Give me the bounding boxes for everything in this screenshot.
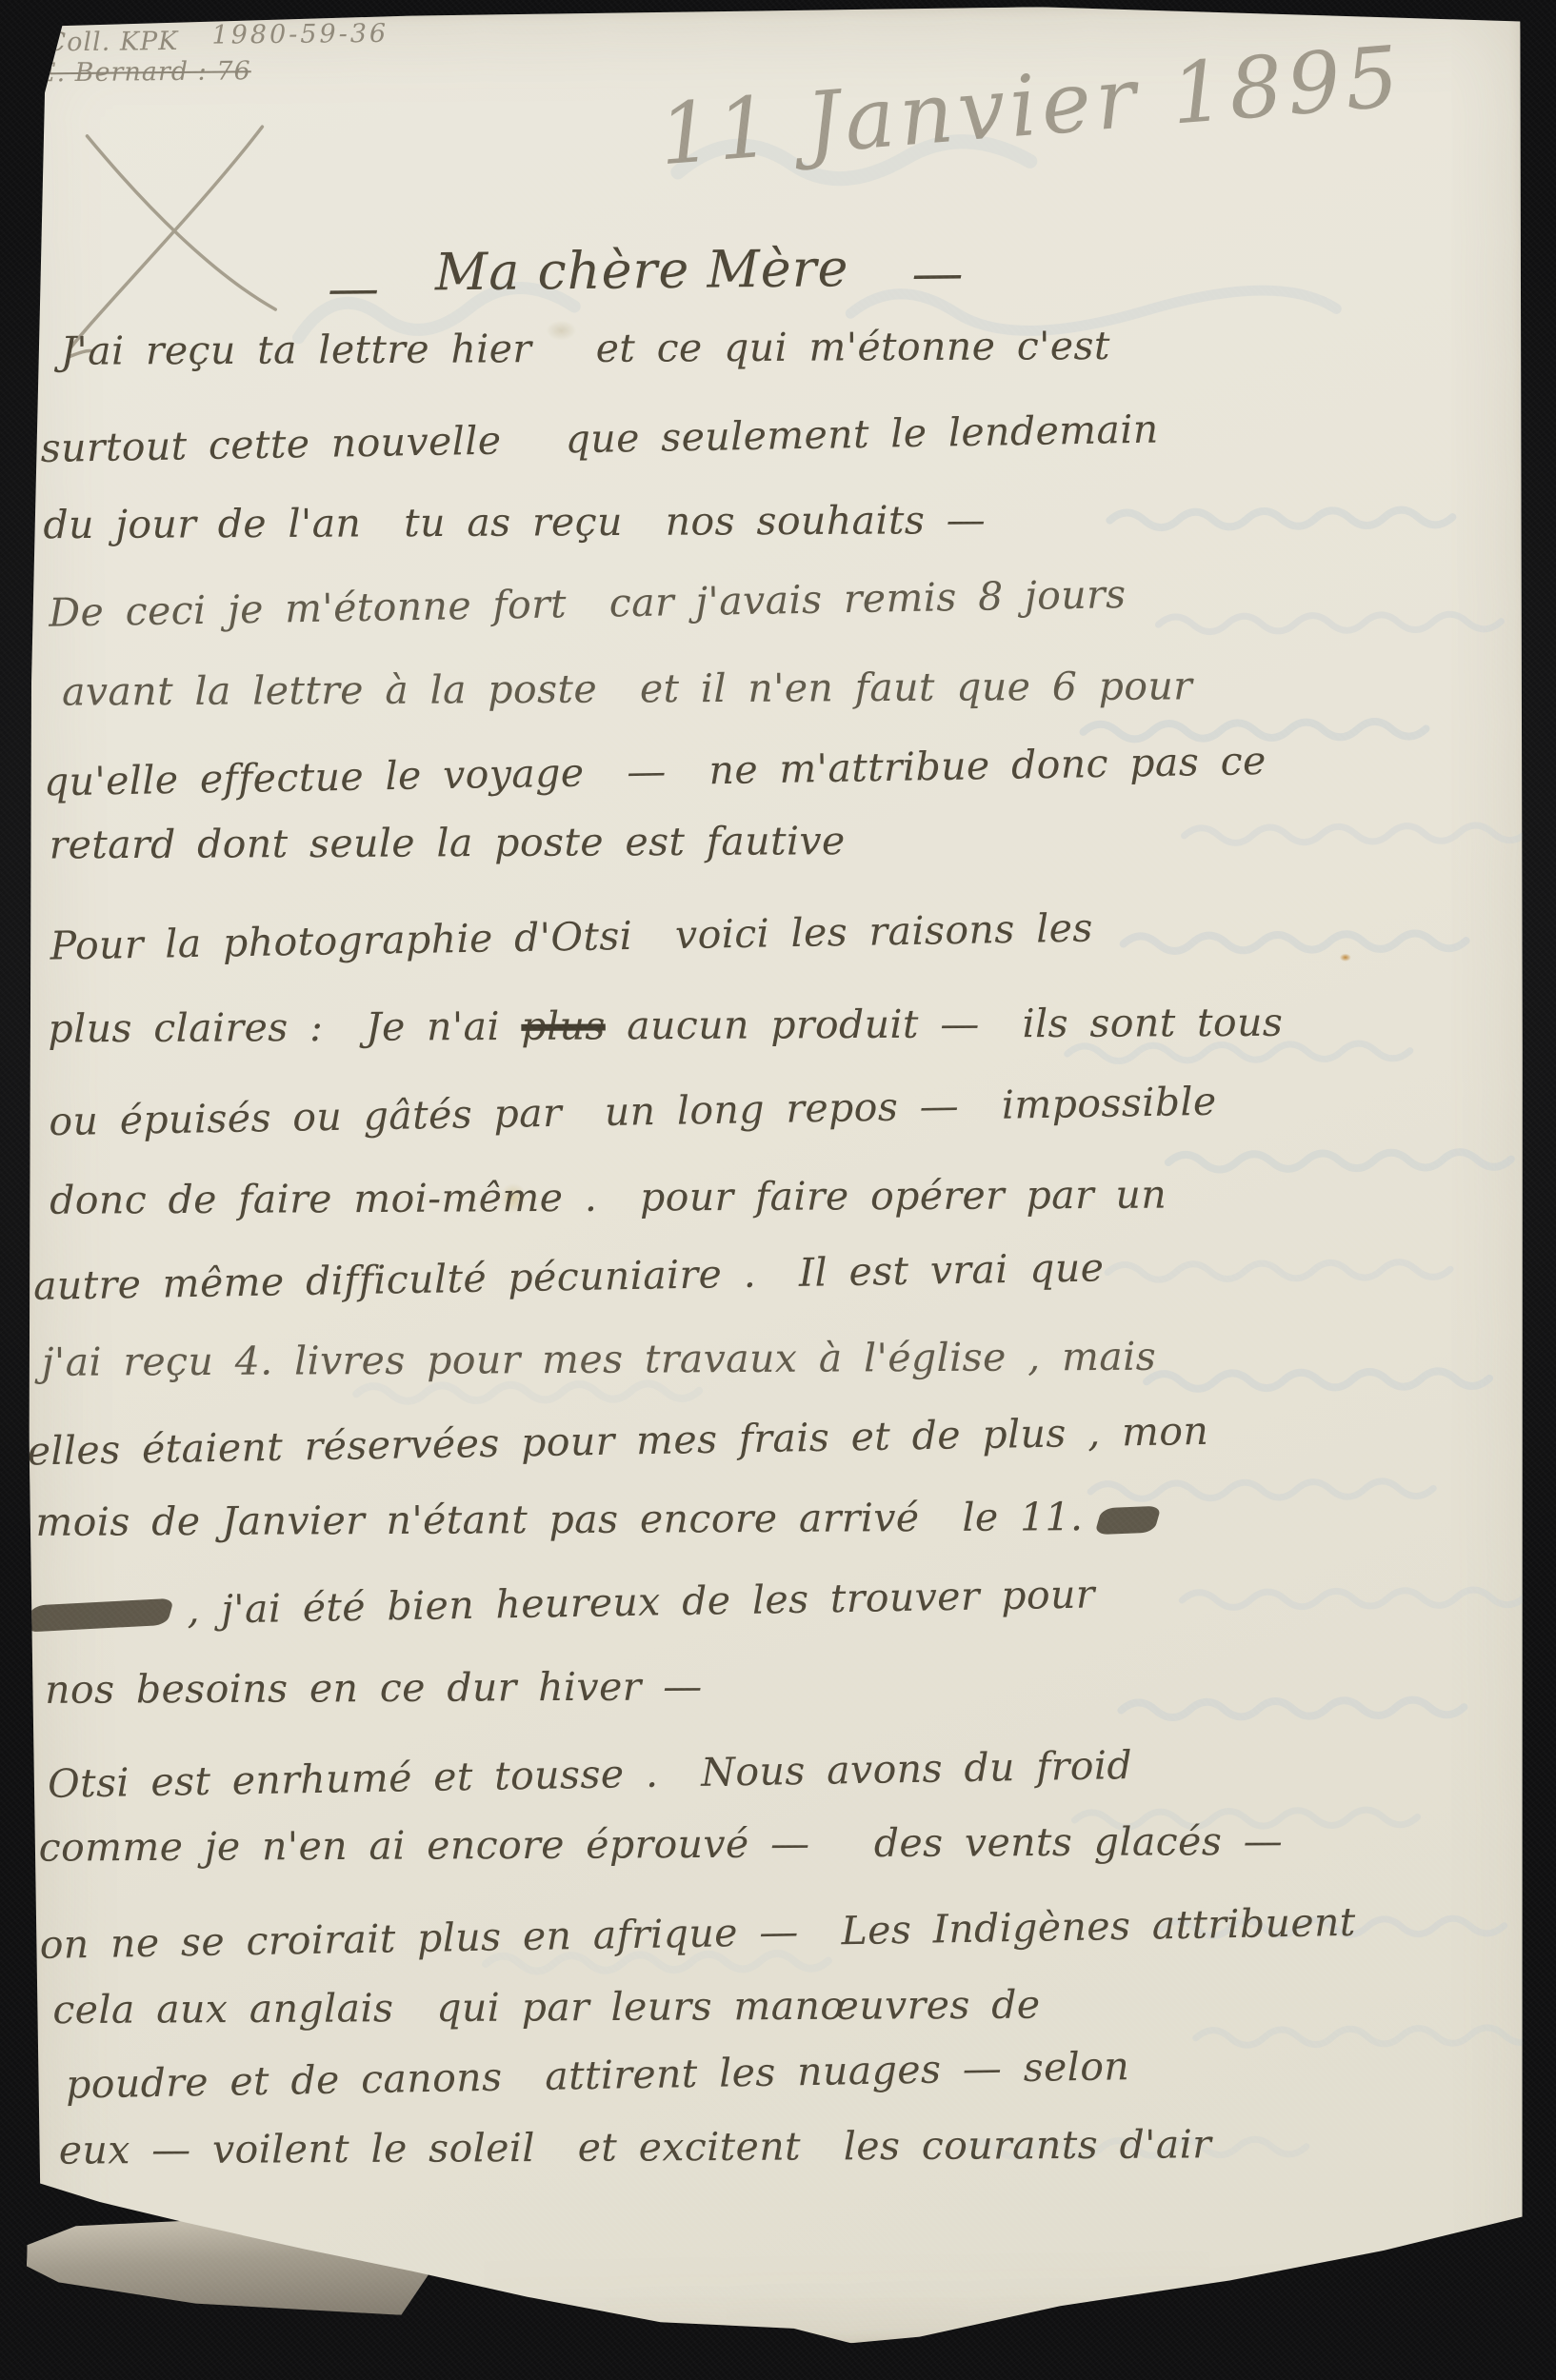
collection-mark: Coll. KPK [46,27,178,57]
salutation-text: Ma chère Mère [435,238,849,302]
letter-line: plus claires : Je n'ai plus aucun produi… [48,1000,1283,1052]
letter-line: eux — voilent le soleil et excitent les … [59,2121,1212,2172]
letter-line: nos besoins en ce dur hiver — [45,1663,703,1713]
letter-line: du jour de l'an tu as reçu nos souhaits … [43,497,986,547]
salutation-end-dash: — [911,243,965,304]
letter-page: Coll. KPK E. Bernard : 76 1980-59-36 11 … [10,2,1544,2350]
letter-line: comme je n'en ai encore éprouvé — des ve… [39,1818,1284,1871]
ink-scribble-crossed-word [25,1597,174,1632]
letter-line: J'ai reçu ta lettre hier et ce qui m'éto… [61,323,1110,374]
photo-background: Coll. KPK E. Bernard : 76 1980-59-36 11 … [0,0,1556,2380]
letter-line: avant la lettre à la poste et il n'en fa… [62,663,1192,714]
inventory-number: 1980-59-36 [211,19,389,50]
letter-line: j'ai reçu 4. livres pour mes travaux à l… [42,1334,1157,1385]
letter-line: cela aux anglais qui par leurs manœuvres… [52,1982,1040,2033]
letter-line: retard dont seule la poste est fautive [49,818,845,867]
letter-line: donc de faire moi-même . pour faire opér… [50,1172,1167,1223]
letter-line: mois de Janvier n'étant pas encore arriv… [35,1494,1157,1545]
ink-scribble [1094,1505,1162,1535]
salutation-dash: — [328,258,381,319]
catalog-note-struck: E. Bernard : 76 [37,56,251,88]
